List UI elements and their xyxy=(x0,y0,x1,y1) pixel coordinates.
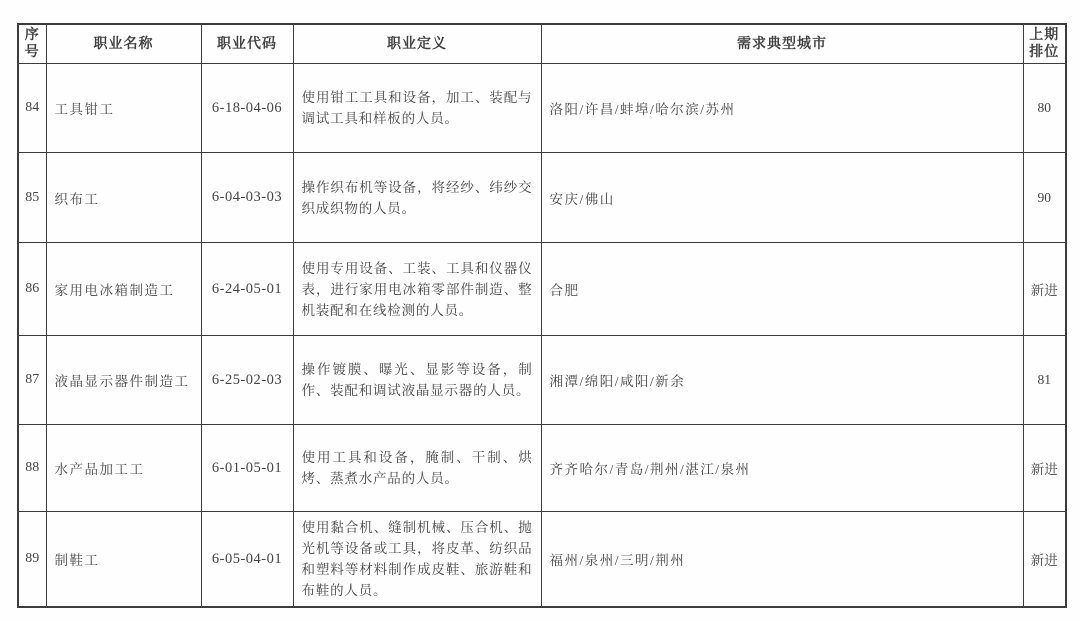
table-row: 85 织布工 6-04-03-03 操作织布机等设备，将经纱、纬纱交织成织物的人… xyxy=(18,153,1066,243)
occupation-code-cell: 6-24-05-01 xyxy=(201,243,293,336)
occupation-code-cell: 6-25-02-03 xyxy=(201,336,293,425)
occupation-definition-cell: 操作织布机等设备，将经纱、纬纱交织成织物的人员。 xyxy=(293,153,541,243)
occupation-code-cell: 6-04-03-03 xyxy=(201,153,293,243)
demand-cities-cell: 湘潭/绵阳/咸阳/新余 xyxy=(541,336,1023,425)
table-row: 86 家用电冰箱制造工 6-24-05-01 使用专用设备、工装、工具和仪器仪表… xyxy=(18,243,1066,336)
header-demand-cities: 需求典型城市 xyxy=(541,24,1023,64)
serial-number-cell: 85 xyxy=(18,153,46,243)
header-occupation-code: 职业代码 xyxy=(201,24,293,64)
occupation-definition-cell: 使用工具和设备，腌制、干制、烘烤、蒸煮水产品的人员。 xyxy=(293,425,541,512)
previous-rank-cell: 新进 xyxy=(1023,425,1066,512)
occupation-name-cell: 家用电冰箱制造工 xyxy=(46,243,201,336)
demand-cities-cell: 合肥 xyxy=(541,243,1023,336)
occupation-definition-cell: 操作镀膜、曝光、显影等设备，制作、装配和调试液晶显示器的人员。 xyxy=(293,336,541,425)
demand-cities-cell: 安庆/佛山 xyxy=(541,153,1023,243)
occupation-name-cell: 制鞋工 xyxy=(46,512,201,608)
header-serial-number: 序 号 xyxy=(18,24,46,64)
previous-rank-cell: 81 xyxy=(1023,336,1066,425)
previous-rank-cell: 新进 xyxy=(1023,512,1066,608)
occupation-name-cell: 水产品加工工 xyxy=(46,425,201,512)
header-occupation-name: 职业名称 xyxy=(46,24,201,64)
serial-number-cell: 84 xyxy=(18,64,46,153)
occupation-definition-cell: 使用钳工工具和设备，加工、装配与调试工具和样板的人员。 xyxy=(293,64,541,153)
header-previous-rank: 上期 排位 xyxy=(1023,24,1066,64)
previous-rank-cell: 90 xyxy=(1023,153,1066,243)
previous-rank-cell: 80 xyxy=(1023,64,1066,153)
serial-number-cell: 88 xyxy=(18,425,46,512)
occupation-code-cell: 6-05-04-01 xyxy=(201,512,293,608)
serial-number-cell: 87 xyxy=(18,336,46,425)
table-row: 88 水产品加工工 6-01-05-01 使用工具和设备，腌制、干制、烘烤、蒸煮… xyxy=(18,425,1066,512)
occupation-table: 序 号 职业名称 职业代码 职业定义 需求典型城市 上期 排位 84 工具钳工 … xyxy=(17,23,1067,608)
demand-cities-cell: 齐齐哈尔/青岛/荆州/湛江/泉州 xyxy=(541,425,1023,512)
serial-number-cell: 89 xyxy=(18,512,46,608)
table-row: 84 工具钳工 6-18-04-06 使用钳工工具和设备，加工、装配与调试工具和… xyxy=(18,64,1066,153)
serial-number-cell: 86 xyxy=(18,243,46,336)
demand-cities-cell: 福州/泉州/三明/荆州 xyxy=(541,512,1023,608)
occupation-code-cell: 6-18-04-06 xyxy=(201,64,293,153)
occupation-code-cell: 6-01-05-01 xyxy=(201,425,293,512)
demand-cities-cell: 洛阳/许昌/蚌埠/哈尔滨/苏州 xyxy=(541,64,1023,153)
previous-rank-cell: 新进 xyxy=(1023,243,1066,336)
table-row: 87 液晶显示器件制造工 6-25-02-03 操作镀膜、曝光、显影等设备，制作… xyxy=(18,336,1066,425)
occupation-name-cell: 工具钳工 xyxy=(46,64,201,153)
occupation-name-cell: 织布工 xyxy=(46,153,201,243)
occupation-definition-cell: 使用专用设备、工装、工具和仪器仪表，进行家用电冰箱零部件制造、整机装配和在线检测… xyxy=(293,243,541,336)
occupation-name-cell: 液晶显示器件制造工 xyxy=(46,336,201,425)
document-page: 序 号 职业名称 职业代码 职业定义 需求典型城市 上期 排位 84 工具钳工 … xyxy=(0,0,1080,621)
occupation-definition-cell: 使用黏合机、缝制机械、压合机、抛光机等设备或工具，将皮革、纺织品和塑料等材料制作… xyxy=(293,512,541,608)
table-row: 89 制鞋工 6-05-04-01 使用黏合机、缝制机械、压合机、抛光机等设备或… xyxy=(18,512,1066,608)
header-occupation-definition: 职业定义 xyxy=(293,24,541,64)
table-header-row: 序 号 职业名称 职业代码 职业定义 需求典型城市 上期 排位 xyxy=(18,24,1066,64)
